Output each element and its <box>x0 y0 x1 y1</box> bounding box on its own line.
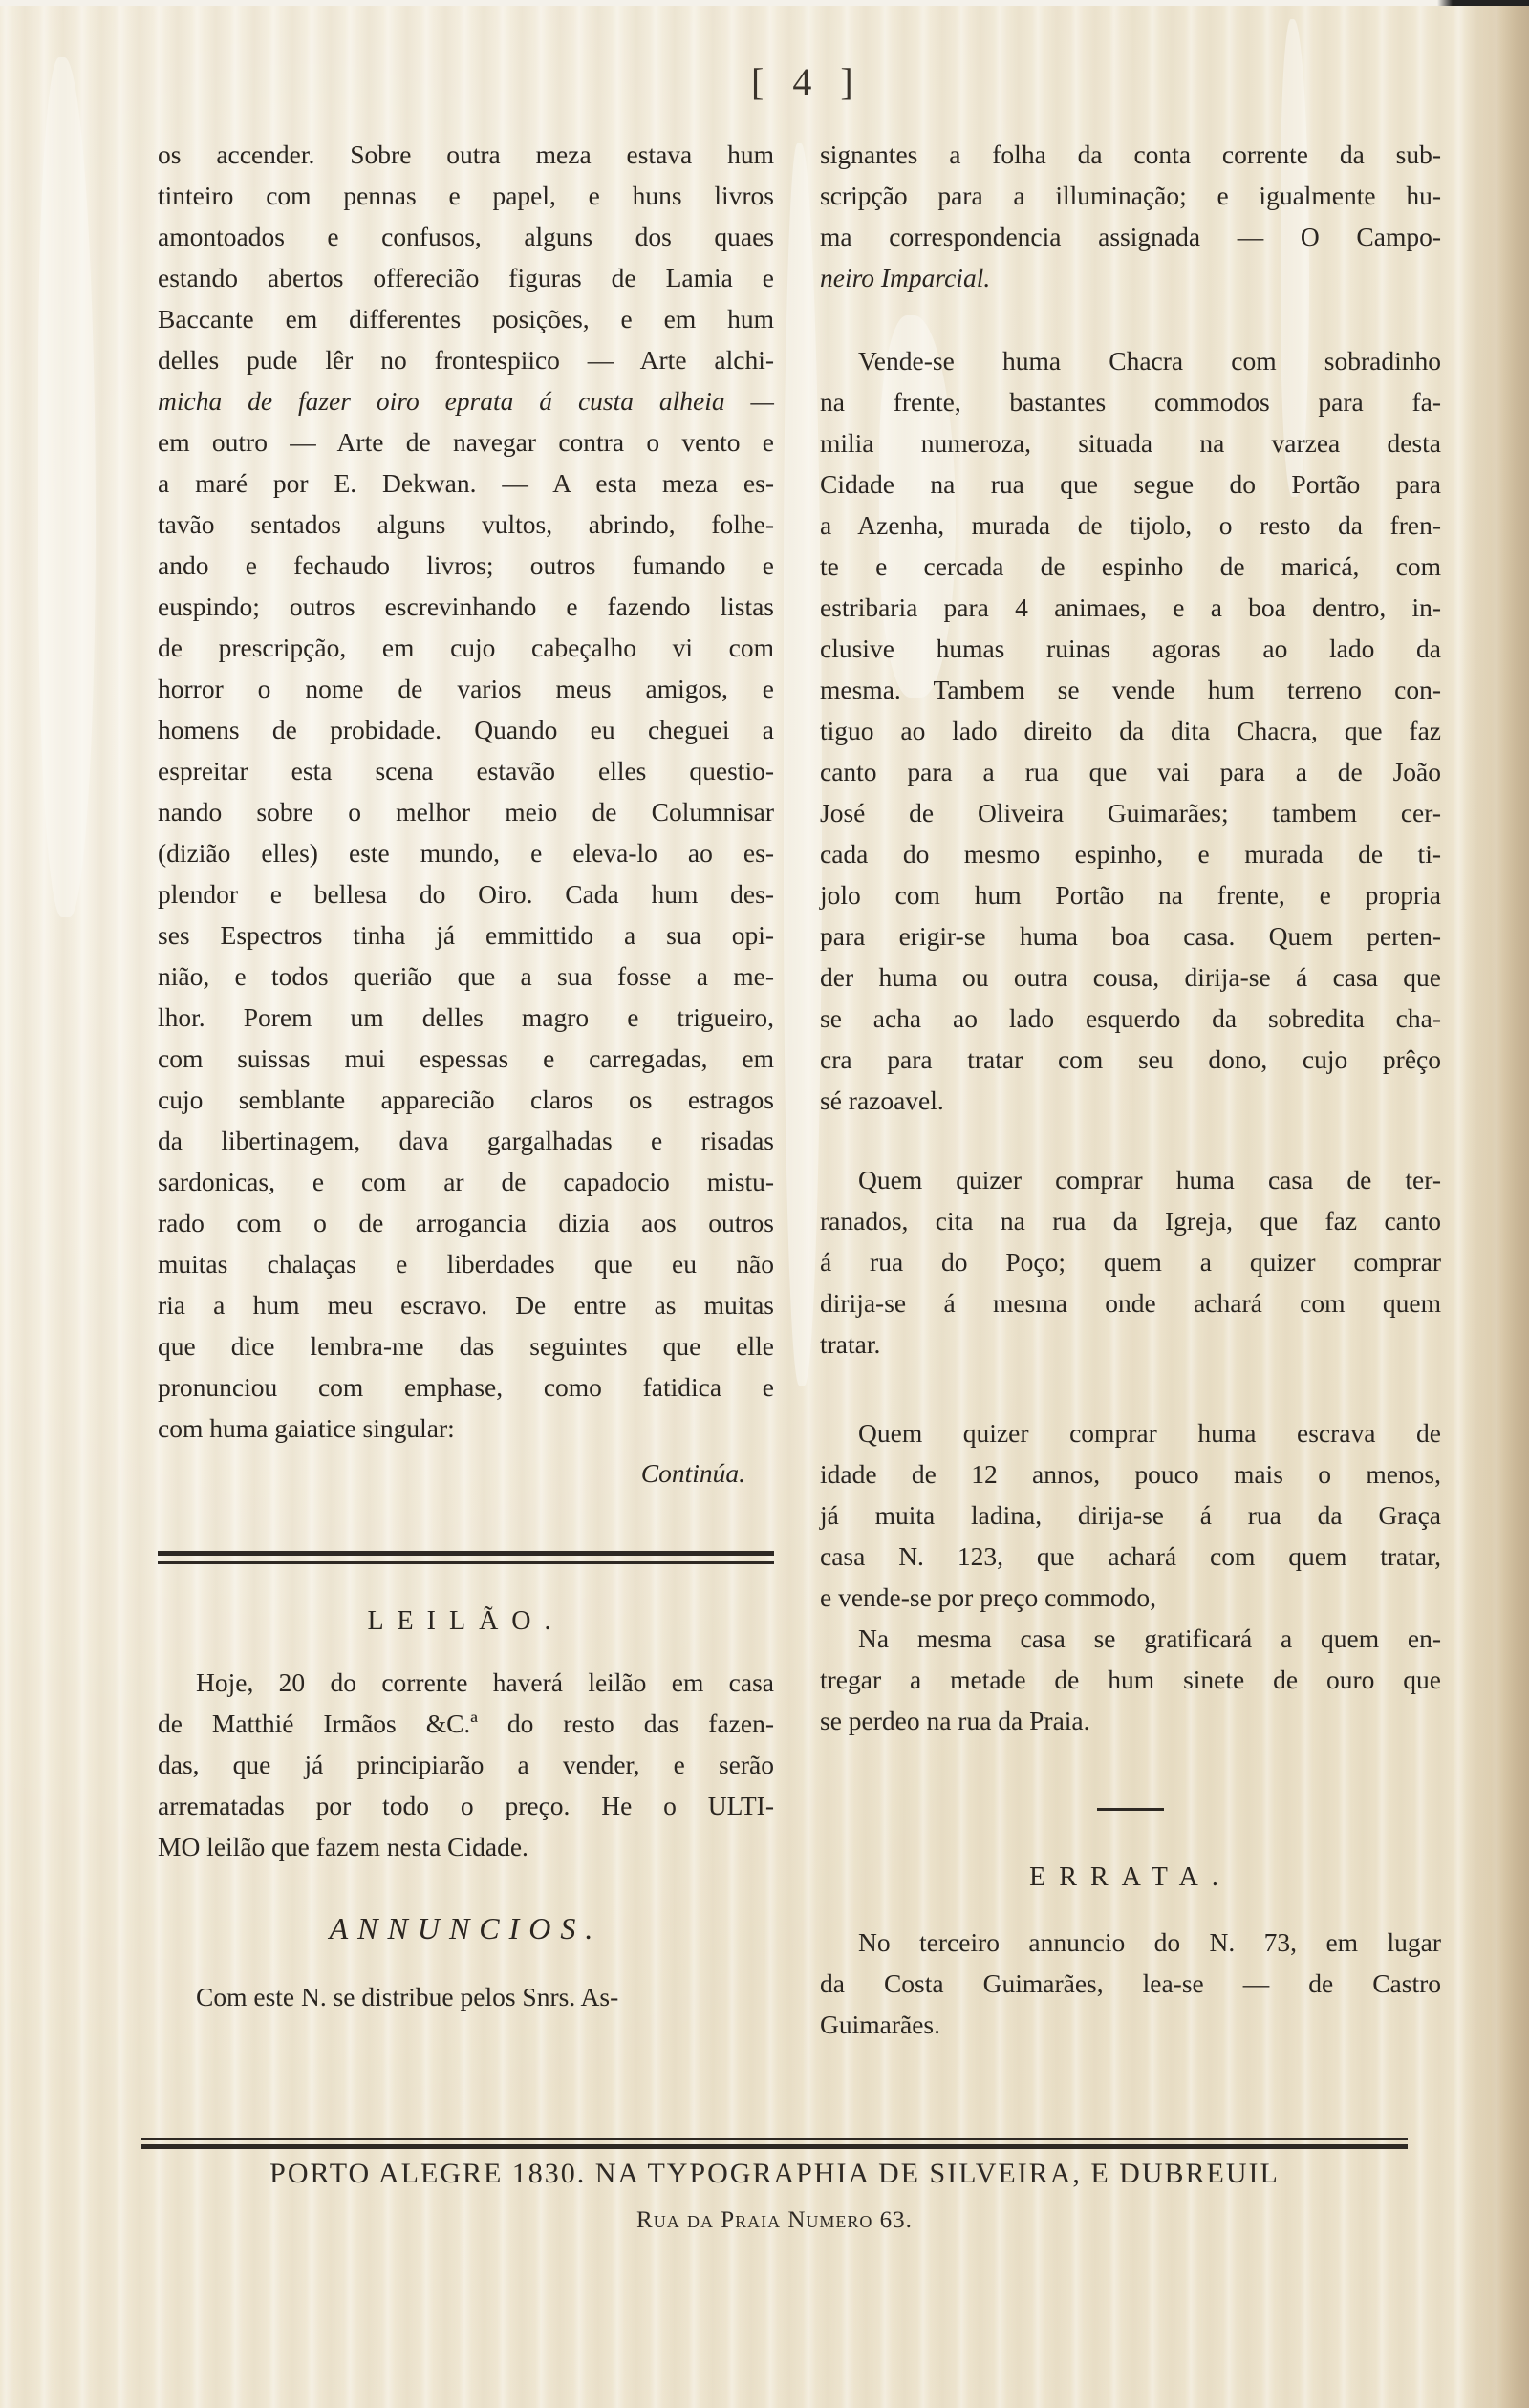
article-line: de prescripção, em cujo cabeçalho vi com <box>158 627 774 668</box>
scan-top-strip <box>0 0 1529 6</box>
article-line: a maré por E. Dekwan. — A esta meza es- <box>158 462 774 504</box>
ad-line: jolo com hum Portão na frente, e propria <box>820 874 1441 915</box>
errata-line: No terceiro annuncio do N. 73, em lugar <box>820 1922 1441 1963</box>
ad-casa: Quem quizer comprar huma casa de ter- ra… <box>820 1159 1441 1365</box>
ad-line: ranados, cita na rua da Igreja, que faz … <box>820 1200 1441 1241</box>
article-line: tavão sentados alguns vultos, abrindo, f… <box>158 504 774 545</box>
notice-line: neiro Imparcial. <box>820 257 1441 298</box>
ad-line: Na mesma casa se gratificará a quem en- <box>820 1618 1441 1659</box>
article-line: homens de probidade. Quando eu cheguei a <box>158 709 774 750</box>
article-line: rado com o de arrogancia dizia aos outro… <box>158 1202 774 1243</box>
ad-line: dirija-se á mesma onde achará com quem <box>820 1282 1441 1323</box>
article-line: micha de fazer oiro eprata á custa alhei… <box>158 380 774 421</box>
leilao-line: Hoje, 20 do corrente haverá leilão em ca… <box>158 1662 774 1703</box>
page-number: [ 4 ] <box>751 59 863 104</box>
annuncios-line: Com este N. se distribue pelos Snrs. As- <box>158 1976 774 2017</box>
ad-escrava: Quem quizer comprar huma escrava de idad… <box>820 1412 1441 1618</box>
article-line: ses Espectros tinha já emmittido a sua o… <box>158 914 774 956</box>
errata-line: Guimarães. <box>820 2004 1441 2045</box>
ad-line: sé razoavel. <box>820 1080 1441 1121</box>
leilao-line: arrematadas por todo o preço. He o ULTI- <box>158 1785 774 1826</box>
ad-line: der huma ou outra cousa, dirija-se á cas… <box>820 957 1441 998</box>
ad-line: se acha ao lado esquerdo da sobredita ch… <box>820 998 1441 1039</box>
ad-line: idade de 12 annos, pouco mais o menos, <box>820 1453 1441 1494</box>
article-line: que dice lembra-me das seguintes que ell… <box>158 1325 774 1366</box>
ad-sinete: Na mesma casa se gratificará a quem en- … <box>820 1618 1441 1741</box>
ad-line: mesma. Tambem se vende hum terreno con- <box>820 669 1441 710</box>
article-line: ria a hum meu escravo. De entre as muita… <box>158 1284 774 1325</box>
ad-line: clusive humas ruinas agoras ao lado da <box>820 628 1441 669</box>
article-line: muitas chalaças e liberdades que eu não <box>158 1243 774 1284</box>
imprint-line-1: PORTO ALEGRE 1830. NA TYPOGRAPHIA DE SIL… <box>141 2158 1408 2190</box>
article-line: Baccante em differentes posições, e em h… <box>158 298 774 339</box>
article-line: amontoados e confusos, alguns dos quaes <box>158 216 774 257</box>
ad-line: a Azenha, murada de tijolo, o resto da f… <box>820 505 1441 546</box>
article-line: cujo semblante apparecião claros os estr… <box>158 1079 774 1120</box>
article-line: pronunciou com emphase, como fatidica e <box>158 1366 774 1408</box>
leilao-notice: Hoje, 20 do corrente haverá leilão em ca… <box>158 1662 774 1867</box>
article-line: os accender. Sobre outra meza estava hum <box>158 134 774 175</box>
ad-line: para erigir-se huma boa casa. Quem perte… <box>820 915 1441 957</box>
ad-line: casa N. 123, que achará com quem tratar, <box>820 1536 1441 1577</box>
ad-line: Cidade na rua que segue do Portão para <box>820 463 1441 505</box>
ad-line: Quem quizer comprar huma casa de ter- <box>820 1159 1441 1200</box>
article-line: (dizião elles) este mundo, e eleva-lo ao… <box>158 832 774 873</box>
annuncios-heading: ANNUNCIOS. <box>158 1909 774 1947</box>
article-line: nião, e todos querião que a sua fosse a … <box>158 956 774 997</box>
imprint-line-2: Rua da Praia Numero 63. <box>141 2207 1408 2234</box>
article-line: nando sobre o melhor meio de Columnisar <box>158 791 774 832</box>
ad-line: cra para tratar com seu dono, cujo prêço <box>820 1039 1441 1080</box>
ad-chacra: Vende-se huma Chacra com sobradinho na f… <box>820 340 1441 1121</box>
errata-text: No terceiro annuncio do N. 73, em lugar … <box>820 1922 1441 2045</box>
ad-line: José de Oliveira Guimarães; tambem cer- <box>820 792 1441 833</box>
annuncios-text: Com este N. se distribue pelos Snrs. As- <box>158 1976 774 2017</box>
ad-line: Vende-se huma Chacra com sobradinho <box>820 340 1441 381</box>
ad-line: tratar. <box>820 1323 1441 1365</box>
ad-line: já muita ladina, dirija-se á rua da Graç… <box>820 1494 1441 1536</box>
article-line: espreitar esta scena estavão elles quest… <box>158 750 774 791</box>
ad-line: se perdeo na rua da Praia. <box>820 1700 1441 1741</box>
ad-line: canto para a rua que vai para a de João <box>820 751 1441 792</box>
article-line: delles pude lêr no frontespiico — Arte a… <box>158 339 774 380</box>
article-line: sardonicas, e com ar de capadocio mistu- <box>158 1161 774 1202</box>
ad-line: milia numeroza, situada na varzea desta <box>820 422 1441 463</box>
ad-line: estribaria para 4 animaes, e a boa dentr… <box>820 587 1441 628</box>
errata-line: da Costa Guimarães, lea-se — de Castro <box>820 1963 1441 2004</box>
article-line: com suissas mui espessas e carregadas, e… <box>158 1038 774 1079</box>
imprint-divider <box>141 2138 1408 2149</box>
ad-line: tiguo ao lado direito da dita Chacra, qu… <box>820 710 1441 751</box>
notice-line: ma correspondencia assignada — O Campo- <box>820 216 1441 257</box>
article-line: ando e fechaudo livros; outros fumando e <box>158 545 774 586</box>
article-line: lhor. Porem um delles magro e trigueiro, <box>158 997 774 1038</box>
article-line: euspindo; outros escrevinhando e fazendo… <box>158 586 774 627</box>
article-line: tinteiro com pennas e papel, e huns livr… <box>158 175 774 216</box>
ad-line: Quem quizer comprar huma escrava de <box>820 1412 1441 1453</box>
leilao-line: MO leilão que fazem nesta Cidade. <box>158 1826 774 1867</box>
article-line: plendor e bellesa do Oiro. Cada hum des- <box>158 873 774 914</box>
leilao-heading: LEILÃO. <box>158 1602 774 1641</box>
right-column: signantes a folha da conta corrente da s… <box>820 134 1441 2045</box>
article-line: estando abertos offerecião figuras de La… <box>158 257 774 298</box>
article-continued: os accender. Sobre outra meza estava hum… <box>158 134 774 1449</box>
leilao-line: de Matthié Irmãos &C.ª do resto das faze… <box>158 1703 774 1744</box>
ad-line: á rua do Poço; quem a quizer comprar <box>820 1241 1441 1282</box>
article-line: horror o nome de varios meus amigos, e <box>158 668 774 709</box>
left-column: os accender. Sobre outra meza estava hum… <box>158 134 774 2017</box>
article-line: em outro — Arte de navegar contra o vent… <box>158 421 774 462</box>
continued-notice: signantes a folha da conta corrente da s… <box>820 134 1441 298</box>
ad-line: te e cercada de espinho de maricá, com <box>820 546 1441 587</box>
ad-line: e vende-se por preço commodo, <box>820 1577 1441 1618</box>
paper-edge-shadow <box>1462 0 1529 2408</box>
ad-line: na frente, bastantes commodos para fa- <box>820 381 1441 422</box>
ad-line: cada do mesmo espinho, e murada de ti- <box>820 833 1441 874</box>
continua-note: Continúa. <box>158 1452 774 1494</box>
ad-line: tregar a metade de hum sinete de ouro qu… <box>820 1659 1441 1700</box>
article-line: com huma gaiatice singular: <box>158 1408 774 1449</box>
section-divider <box>158 1551 774 1564</box>
notice-line: scripção para a illuminação; e igualment… <box>820 175 1441 216</box>
article-line: da libertinagem, dava gargalhadas e risa… <box>158 1120 774 1161</box>
errata-heading: ERRATA. <box>820 1859 1441 1897</box>
leilao-line: das, que já principiarão a vender, e ser… <box>158 1744 774 1785</box>
notice-line: signantes a folha da conta corrente da s… <box>820 134 1441 175</box>
